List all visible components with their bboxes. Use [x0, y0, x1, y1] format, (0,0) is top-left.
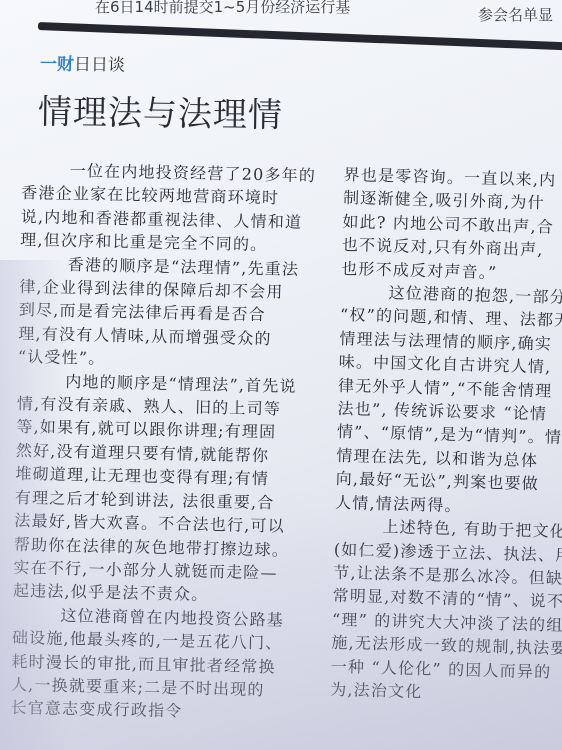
previous-article-strip: 在6日14时前提交1~5月份经济运行基 参会名单显: [0, 0, 562, 22]
newspaper-page: 在6日14时前提交1~5月份经济运行基 参会名单显 一财日日谈 情理法与法理情 …: [0, 0, 562, 750]
section-divider-rule: [38, 22, 562, 51]
article-column-left: 一位在内地投资经营了20多年的香港企业家在比较两地营商环境时说,内地和香港都重视…: [10, 158, 307, 726]
article-headline: 情理法与法理情: [38, 84, 284, 136]
previous-article-text-right: 参会名单显: [478, 4, 553, 25]
previous-article-text-left: 在6日14时前提交1~5月份经济运行基: [95, 0, 350, 17]
column-tag: 一财日日谈: [40, 49, 125, 75]
column-tag-accent: 一财: [40, 54, 74, 74]
column-tag-label: 日日谈: [74, 55, 125, 76]
article-column-right: 界也是零咨询。一直以来,内制逐渐健全,吸引外商,为什如此? 内地公司不敢出声,合…: [330, 163, 562, 708]
